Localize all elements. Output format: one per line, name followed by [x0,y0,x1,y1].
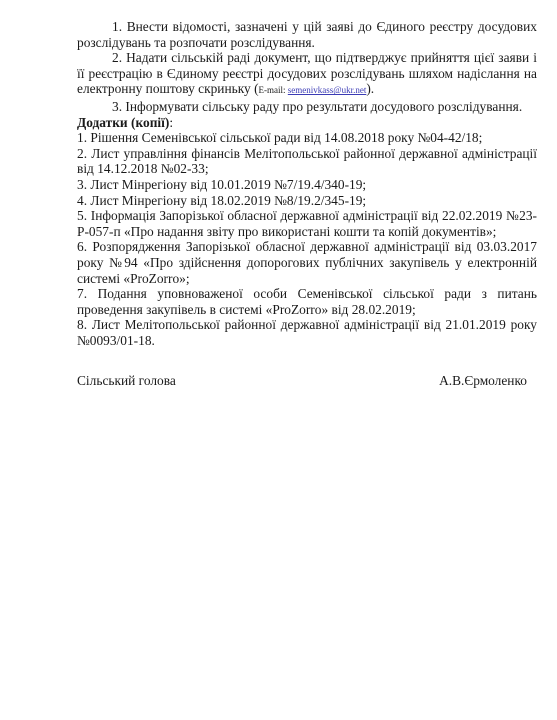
attachment-item: 4. Лист Мінрегіону від 18.02.2019 №8/19.… [77,193,537,209]
signature-name: А.В.Єрмоленко [439,373,527,389]
request-2-text-end: ). [366,81,374,96]
attachments-heading-text: Додатки (копії) [77,115,169,130]
request-2: 2. Надати сільській раді документ, що пі… [77,50,537,99]
attachments-list: 1. Рішення Семенівської сільської ради в… [77,130,537,348]
attachment-item: 2. Лист управління фінансів Мелітопольсь… [77,146,537,177]
request-2-number: 2. [112,50,122,65]
email-link[interactable]: semenivkass@ukr.net [288,85,367,95]
attachment-item: 5. Інформація Запорізької обласної держа… [77,208,537,239]
attachment-item: 3. Лист Мінрегіону від 10.01.2019 №7/19.… [77,177,537,193]
signature-block: Сільський голова А.В.Єрмоленко [77,373,527,389]
signature-position: Сільський голова [77,373,176,389]
attachment-item: 8. Лист Мелітопольської районної державн… [77,317,537,348]
attachment-item: 6. Розпорядження Запорізької обласної де… [77,239,537,286]
request-1-number: 1. [112,19,122,34]
request-3-number: 3. [112,99,122,114]
email-label: E-mail: [259,85,288,95]
request-1-text: Внести відомості, зазначені у цій заяві … [77,19,537,50]
document-body: 1. Внести відомості, зазначені у цій зая… [77,19,537,348]
attachments-heading: Додатки (копії): [77,115,537,131]
attachment-item: 1. Рішення Семенівської сільської ради в… [77,130,537,146]
attachments-heading-colon: : [169,115,173,130]
request-1: 1. Внести відомості, зазначені у цій зая… [77,19,537,50]
attachment-item: 7. Подання уповноваженої особи Семенівсь… [77,286,537,317]
request-3-text: Інформувати сільську раду про результати… [125,99,522,114]
request-3: 3. Інформувати сільську раду про результ… [77,99,537,115]
